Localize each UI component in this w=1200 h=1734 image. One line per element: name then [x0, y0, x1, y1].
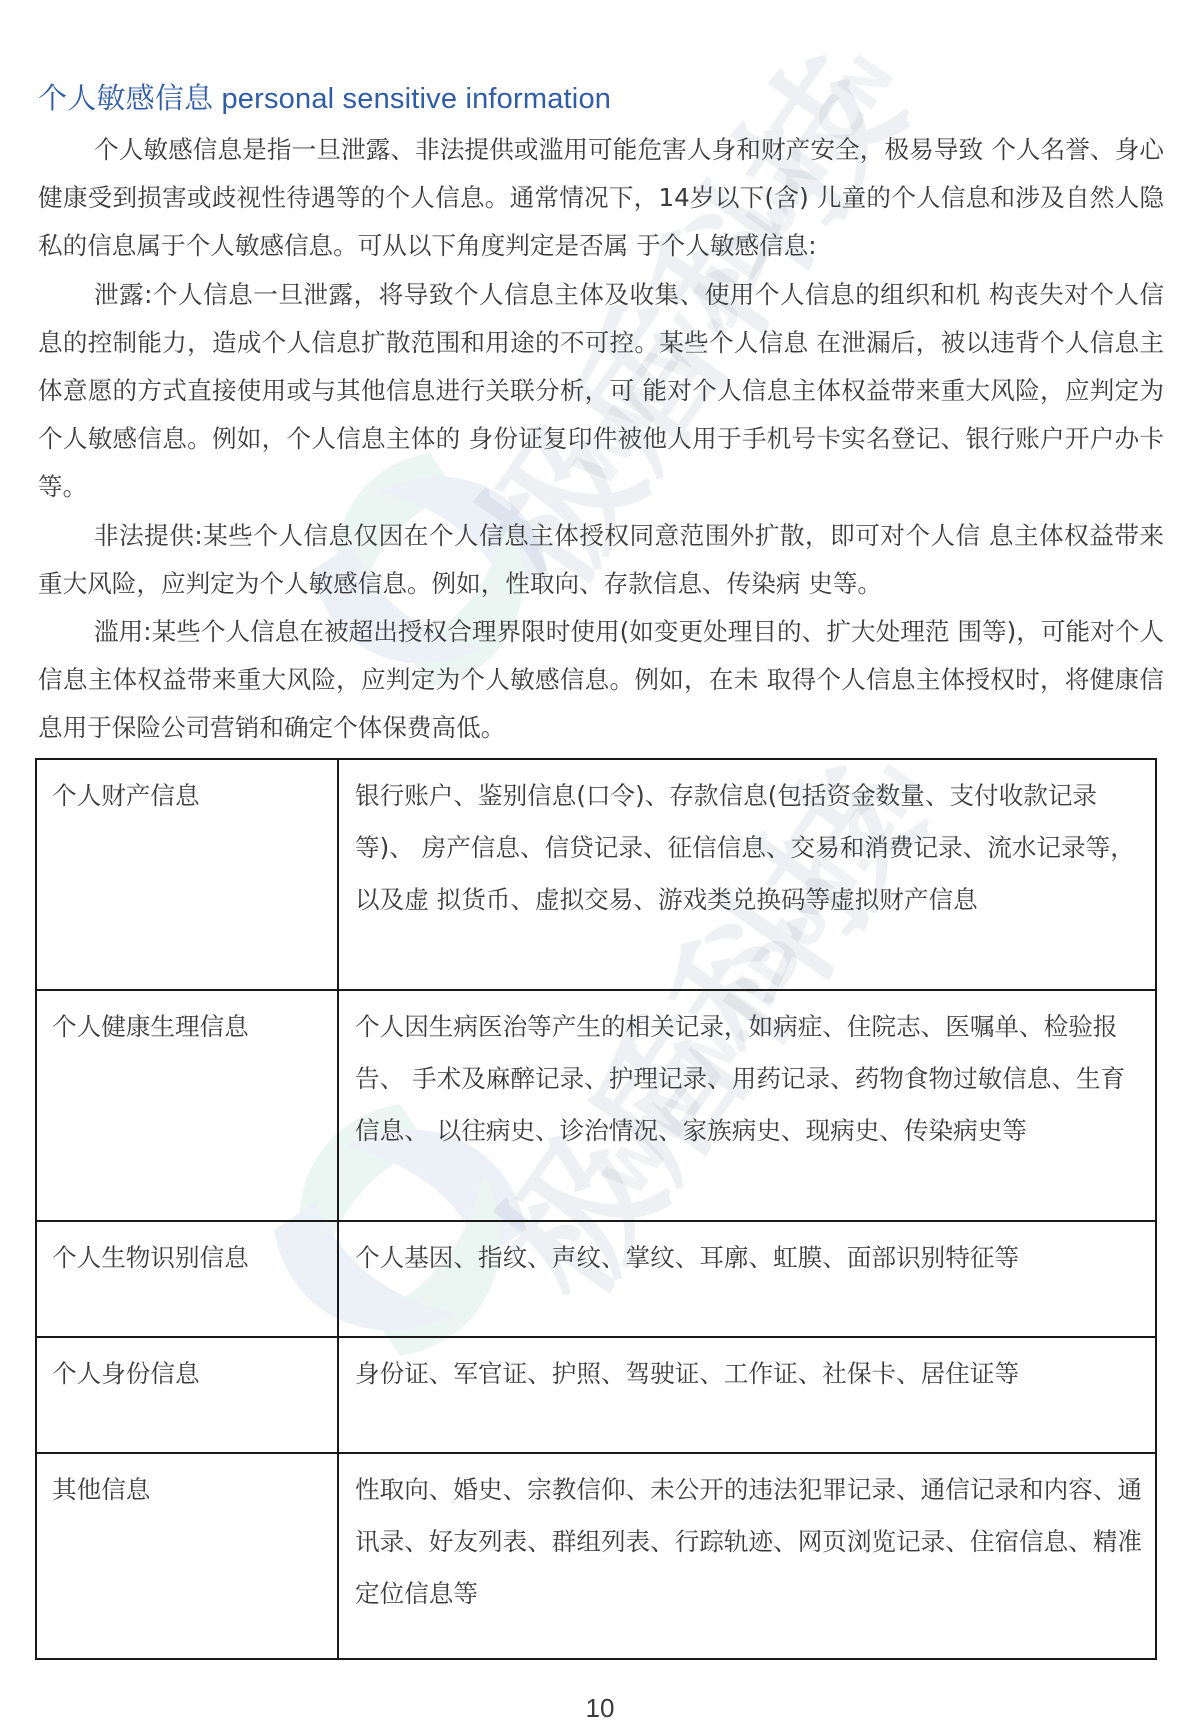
sensitive-info-table: 个人财产信息 银行账户、鉴别信息(口令)、存款信息(包括资金数量、支付收款记录等…: [35, 758, 1157, 1660]
paragraph-definition: 个人敏感信息是指一旦泄露、非法提供或滥用可能危害人身和财产安全，极易导致 个人名…: [38, 126, 1164, 271]
table-row: 其他信息 性取向、婚史、宗教信仰、未公开的违法犯罪记录、通信记录和内容、通 讯录…: [36, 1453, 1156, 1659]
document-page: 极盾科技 WWW.JIDUN.CN 极盾科技 WWW.JIDUN.CN 个人敏感…: [0, 0, 1200, 1734]
paragraph-abuse: 滥用:某些个人信息在被超出授权合理界限时使用(如变更处理目的、扩大处理范 围等)…: [38, 608, 1164, 753]
table-cell-description: 个人基因、指纹、声纹、掌纹、耳廓、虹膜、面部识别特征等: [338, 1221, 1156, 1337]
table-cell-description: 个人因生病医治等产生的相关记录，如病症、住院志、医嘱单、检验报告、 手术及麻醉记…: [338, 990, 1156, 1221]
table-row: 个人生物识别信息 个人基因、指纹、声纹、掌纹、耳廓、虹膜、面部识别特征等: [36, 1221, 1156, 1337]
table-cell-category: 其他信息: [36, 1453, 338, 1659]
table-cell-category: 个人生物识别信息: [36, 1221, 338, 1337]
section-heading: 个人敏感信息 personal sensitive information: [38, 76, 611, 117]
table-cell-category: 个人身份信息: [36, 1337, 338, 1453]
table-cell-description: 银行账户、鉴别信息(口令)、存款信息(包括资金数量、支付收款记录等)、 房产信息…: [338, 759, 1156, 990]
table-cell-category: 个人健康生理信息: [36, 990, 338, 1221]
page-number: 10: [0, 1693, 1200, 1724]
table-row: 个人健康生理信息 个人因生病医治等产生的相关记录，如病症、住院志、医嘱单、检验报…: [36, 990, 1156, 1221]
table-row: 个人财产信息 银行账户、鉴别信息(口令)、存款信息(包括资金数量、支付收款记录等…: [36, 759, 1156, 990]
table-cell-description: 身份证、军官证、护照、驾驶证、工作证、社保卡、居住证等: [338, 1337, 1156, 1453]
table-cell-category: 个人财产信息: [36, 759, 338, 990]
table-cell-description: 性取向、婚史、宗教信仰、未公开的违法犯罪记录、通信记录和内容、通 讯录、好友列表…: [338, 1453, 1156, 1659]
body-text: 个人敏感信息是指一旦泄露、非法提供或滥用可能危害人身和财产安全，极易导致 个人名…: [38, 126, 1164, 753]
paragraph-illegal-provision: 非法提供:某些个人信息仅因在个人信息主体授权同意范围外扩散，即可对个人信 息主体…: [38, 512, 1164, 608]
paragraph-leak: 泄露:个人信息一旦泄露，将导致个人信息主体及收集、使用个人信息的组织和机 构丧失…: [38, 271, 1164, 512]
table-row: 个人身份信息 身份证、军官证、护照、驾驶证、工作证、社保卡、居住证等: [36, 1337, 1156, 1453]
